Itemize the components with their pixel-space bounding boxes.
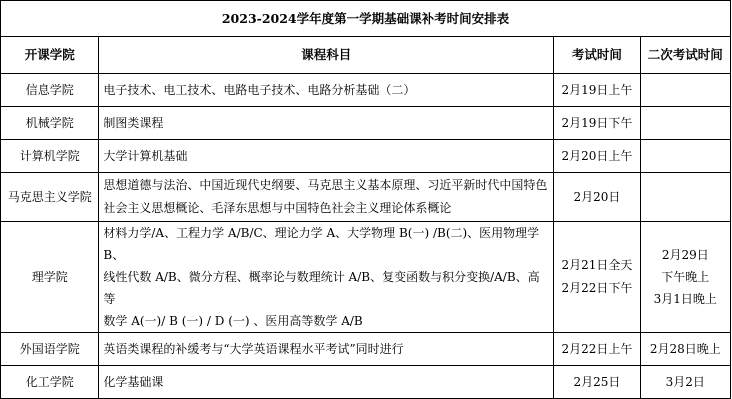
college-cell: 马克思主义学院 xyxy=(1,173,99,222)
table-row: 马克思主义学院 思想道德与法治、中国近现代史纲要、马克思主义基本原理、习近平新时… xyxy=(1,173,731,222)
exam-time-cell: 2月20日 xyxy=(554,173,640,222)
courses-cell: 英语类课程的补缓考与“大学英语课程水平考试”同时进行 xyxy=(99,333,554,366)
college-cell: 计算机学院 xyxy=(1,140,99,173)
exam-time-line: 2月21日全天 xyxy=(554,254,639,277)
second-exam-time-cell xyxy=(640,140,730,173)
courses-line: 思想道德与法治、中国近现代史纲要、马克思主义基本原理、习近平新时代中国特色 xyxy=(103,174,551,197)
second-exam-time-cell xyxy=(640,74,730,107)
table-row: 理学院 材料力学/A、工程力学 A/B/C、理论力学 A、大学物理 B(一) /… xyxy=(1,222,731,333)
courses-cell: 大学计算机基础 xyxy=(99,140,554,173)
table-row: 机械学院 制图类课程 2月19日下午 xyxy=(1,107,731,140)
courses-line: 数学 A(一)/ B (一) / D (一) 、医用高等数学 A/B xyxy=(103,310,551,332)
courses-line: 材料力学/A、工程力学 A/B/C、理论力学 A、大学物理 B(一) /B(二)… xyxy=(103,222,551,266)
second-exam-time-cell xyxy=(640,107,730,140)
table-row: 外国语学院 英语类课程的补缓考与“大学英语课程水平考试”同时进行 2月22日上午… xyxy=(1,333,731,366)
second-exam-time-line: 3月1日晚上 xyxy=(641,288,730,310)
header-exam-time: 考试时间 xyxy=(554,37,640,74)
courses-cell: 思想道德与法治、中国近现代史纲要、马克思主义基本原理、习近平新时代中国特色 社会… xyxy=(99,173,554,222)
college-cell: 信息学院 xyxy=(1,74,99,107)
second-exam-time-cell: 2月28日晚上 xyxy=(640,333,730,366)
exam-schedule-table: 2023-2024学年度第一学期基础课补考时间安排表 开课学院 课程科目 考试时… xyxy=(0,0,731,367)
courses-cell: 制图类课程 xyxy=(99,107,554,140)
title-row: 2023-2024学年度第一学期基础课补考时间安排表 xyxy=(1,1,731,37)
table-title: 2023-2024学年度第一学期基础课补考时间安排表 xyxy=(1,1,731,37)
second-exam-time-line: 下午晚上 xyxy=(641,266,730,288)
college-cell: 理学院 xyxy=(1,222,99,333)
second-exam-time-cell xyxy=(640,173,730,222)
exam-time-cell: 2月19日上午 xyxy=(554,74,640,107)
exam-time-line: 2月22日下午 xyxy=(554,277,639,300)
table-row: 计算机学院 大学计算机基础 2月20日上午 xyxy=(1,140,731,173)
courses-cell: 电子技术、电工技术、电路电子技术、电路分析基础（二） xyxy=(99,74,554,107)
exam-time-cell: 2月20日上午 xyxy=(554,140,640,173)
second-exam-time-line: 2月29日 xyxy=(641,244,730,266)
courses-cell: 材料力学/A、工程力学 A/B/C、理论力学 A、大学物理 B(一) /B(二)… xyxy=(99,222,554,333)
exam-time-cell: 2月21日全天 2月22日下午 xyxy=(554,222,640,333)
exam-time-cell: 2月19日下午 xyxy=(554,107,640,140)
table-row: 信息学院 电子技术、电工技术、电路电子技术、电路分析基础（二） 2月19日上午 xyxy=(1,74,731,107)
header-second-exam-time: 二次考试时间 xyxy=(640,37,730,74)
courses-line: 社会主义思想概论、毛泽东思想与中国特色社会主义理论体系概论 xyxy=(103,197,551,220)
header-college: 开课学院 xyxy=(1,37,99,74)
college-cell: 机械学院 xyxy=(1,107,99,140)
header-row: 开课学院 课程科目 考试时间 二次考试时间 xyxy=(1,37,731,74)
college-cell: 外国语学院 xyxy=(1,333,99,366)
second-exam-time-cell: 2月29日 下午晚上 3月1日晚上 xyxy=(640,222,730,333)
courses-line: 线性代数 A/B、微分方程、概率论与数理统计 A/B、复变函数与积分变换/A/B… xyxy=(103,266,551,310)
exam-time-cell: 2月22日上午 xyxy=(554,333,640,366)
header-courses: 课程科目 xyxy=(99,37,554,74)
